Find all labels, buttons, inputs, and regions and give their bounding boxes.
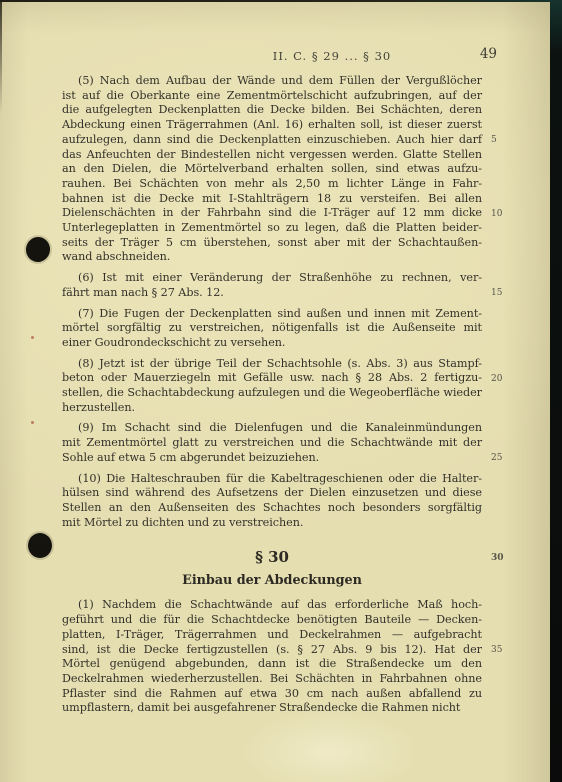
text-line: Deckelrahmen wiederherzustellen. Bei Sch… (62, 672, 482, 687)
scan-right-edge (550, 0, 562, 782)
margin-line-number: 35 (491, 645, 502, 655)
text-line: stellen, die Schachtabdeckung aufzulegen… (62, 386, 482, 401)
text-line: mit Zementmörtel glatt zu verstreichen u… (62, 436, 482, 451)
section-subheading: Einbau der Abdeckungen (62, 573, 482, 589)
running-title: II. C. § 29 ... § 30 (273, 49, 391, 63)
paragraph: (9) Im Schacht sind die Dielenfugen und … (62, 421, 482, 465)
text-line: seits der Träger 5 cm überstehen, sonst … (62, 236, 482, 251)
text-line: (10) Die Halteschrauben für die Kabeltra… (62, 472, 482, 487)
text-line: bahnen ist die Decke mit I-Stahlträgern … (62, 192, 482, 207)
text-line: die aufgelegten Deckenplatten die Decke … (62, 103, 482, 118)
text-line: sind, ist die Decke fertigzustellen (s. … (62, 643, 482, 658)
scan-top-edge (0, 0, 562, 2)
paragraph: (7) Die Fugen der Deckenplatten sind auß… (62, 307, 482, 351)
text-line: (1) Nachdem die Schachtwände auf das erf… (62, 598, 482, 613)
text-line: das Anfeuchten der Bindestellen nicht ve… (62, 148, 482, 163)
paragraph: (5) Nach dem Aufbau der Wände und dem Fü… (62, 74, 482, 265)
hole-punch-bottom (28, 533, 52, 558)
text-line: rauhen. Bei Schächten von mehr als 2,50 … (62, 177, 482, 192)
text-line: Mörtel genügend abgebunden, dann ist die… (62, 657, 482, 672)
body-text: (5) Nach dem Aufbau der Wände und dem Fü… (62, 74, 482, 722)
text-line: (8) Jetzt ist der übrige Teil der Schach… (62, 357, 482, 372)
scan-left-edge (0, 0, 2, 115)
paragraph: (1) Nachdem die Schachtwände auf das erf… (62, 598, 482, 716)
text-line: (9) Im Schacht sind die Dielenfugen und … (62, 421, 482, 436)
margin-line-number: 20 (491, 374, 502, 384)
text-line: umpflastern, damit bei ausgefahrener Str… (62, 701, 482, 716)
text-line: (5) Nach dem Aufbau der Wände und dem Fü… (62, 74, 482, 89)
section-heading: § 3030 (62, 548, 482, 566)
section-heading-text: § 30 (255, 548, 289, 566)
text-line: herzustellen. (62, 401, 482, 416)
text-line: einer Goudrondeckschicht zu versehen. (62, 336, 482, 351)
text-line: ist auf die Oberkante eine Zementmörtels… (62, 89, 482, 104)
page-number: 49 (480, 46, 497, 62)
margin-line-number: 30 (491, 553, 504, 563)
scan-speck (31, 421, 34, 424)
text-line: mörtel sorgfältig zu verstreichen, nötig… (62, 321, 482, 336)
scan-speck (31, 336, 34, 339)
margin-line-number: 10 (491, 209, 502, 219)
text-line: Abdeckung einen Trägerrahmen (Anl. 16) e… (62, 118, 482, 133)
text-line: wand abschneiden. (62, 250, 482, 265)
paragraph: (8) Jetzt ist der übrige Teil der Schach… (62, 357, 482, 416)
margin-line-number: 15 (491, 288, 502, 298)
text-line: geführt und die für die Schachtdecke ben… (62, 613, 482, 628)
text-line: Sohle auf etwa 5 cm abgerundet beizuzieh… (62, 451, 482, 466)
text-line: (7) Die Fugen der Deckenplatten sind auß… (62, 307, 482, 322)
text-line: fährt man nach § 27 Abs. 12.15 (62, 286, 482, 301)
scanned-book-page: II. C. § 29 ... § 30 49 (5) Nach dem Auf… (0, 0, 562, 782)
text-line: platten, I-Träger, Trägerrahmen und Deck… (62, 628, 482, 643)
margin-line-number: 25 (491, 453, 502, 463)
text-line: Dielenschächten in der Fahrbahn sind die… (62, 206, 482, 221)
margin-line-number: 5 (491, 135, 497, 145)
text-line: Pflaster sind die Rahmen auf etwa 30 cm … (62, 687, 482, 702)
text-line: aufzulegen, dann sind die Deckenplatten … (62, 133, 482, 148)
text-line: an den Dielen, die Mörtelverband erhalte… (62, 162, 482, 177)
paragraph: (6) Ist mit einer Veränderung der Straße… (62, 271, 482, 300)
text-line: Unterlegeplatten in Zementmörtel so zu l… (62, 221, 482, 236)
text-line: beton oder Mauerziegeln mit Gefälle usw.… (62, 371, 482, 386)
text-line: hülsen sind während des Aufsetzens der D… (62, 486, 482, 501)
text-line: (6) Ist mit einer Veränderung der Straße… (62, 271, 482, 286)
paragraph: (10) Die Halteschrauben für die Kabeltra… (62, 472, 482, 531)
hole-punch-top (24, 235, 51, 263)
text-line: Stellen an den Außenseiten des Schachtes… (62, 501, 482, 516)
text-line: mit Mörtel zu dichten und zu verstreiche… (62, 516, 482, 531)
